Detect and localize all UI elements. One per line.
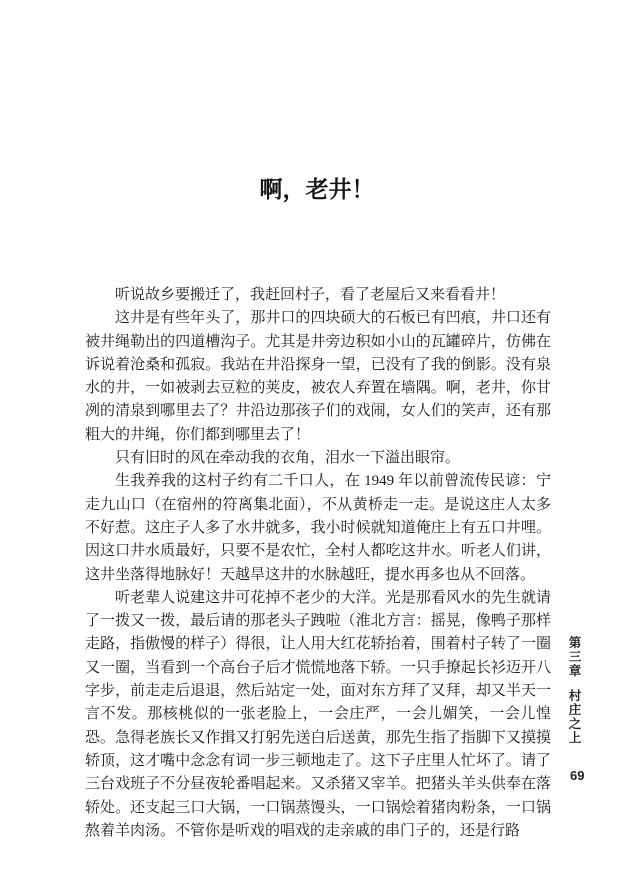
body-paragraph: 听说故乡要搬迁了，我赶回村子，看了老屋后又来看看井！ [85, 284, 551, 307]
body-paragraph: 听老辈人说建这井可花掉不老少的大洋。光是那看风水的先生就请了一拨又一拨，最后请的… [85, 587, 551, 843]
body-paragraph: 生我养我的这村子约有二千口人，在 1949 年以前曾流传民谚：宁走九山口（在宿州… [85, 470, 551, 586]
chapter-marker: 第三章 村庄之上 [567, 636, 581, 745]
body-paragraph: 只有旧时的风在牵动我的衣角，泪水一下溢出眼帘。 [85, 447, 551, 470]
section-title: 啊，老井！ [0, 176, 634, 204]
body-text-block: 听说故乡要搬迁了，我赶回村子，看了老屋后又来看看井！ 这井是有些年头了，那井口的… [85, 284, 551, 843]
page-number: 69 [570, 768, 584, 783]
chapter-number-vertical: 第三章 [567, 636, 581, 678]
chapter-title-vertical: 村庄之上 [567, 689, 581, 745]
body-paragraph: 这井是有些年头了，那井口的四块硕大的石板已有凹痕，井口还有被井绳勒出的四道槽沟子… [85, 307, 551, 447]
book-page: 啊，老井！ 听说故乡要搬迁了，我赶回村子，看了老屋后又来看看井！ 这井是有些年头… [0, 0, 634, 891]
